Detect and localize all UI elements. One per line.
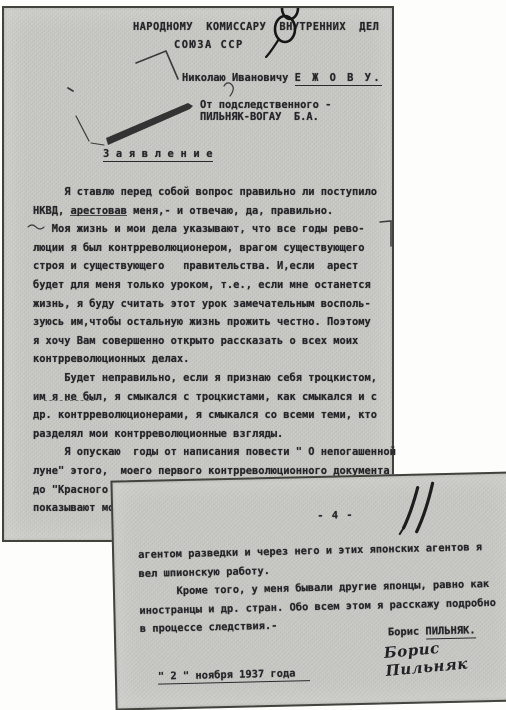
from-line-1: От подследственного - [200, 99, 331, 111]
typed-line: строя и существующего правительства. И,е… [33, 257, 396, 276]
typed-line: им я не был, я смыкался с троцкистами, к… [33, 388, 396, 407]
addressee-prefix: Николаю Ивановичу [182, 72, 295, 84]
addressee-line: Николаю Ивановичу Е Ж О В У. [182, 72, 382, 84]
typed-line: Я опускаю годы от написания повести " О … [33, 443, 396, 462]
pencil-dot [68, 88, 73, 91]
typed-line: Я ставлю перед собой вопрос правильно ли… [33, 183, 396, 202]
typed-line: я хочу Вам совершенно открыто рассказать… [33, 332, 396, 351]
typed-line: др. контрреволюционерами, я смыкался со … [33, 406, 396, 425]
scanned-document: НАРОДНОМУ КОМИССАРУ ВНУТРЕННИХ ДЕЛ СОЮЗА… [0, 0, 506, 710]
pencil-angle-mark [136, 51, 178, 79]
signature-prefix: Борис [388, 626, 426, 639]
underline-arestovav [70, 215, 127, 216]
header-line-2: СОЮЗА ССР [174, 39, 244, 51]
from-line-2: ПИЛЬНЯК-ВОГАУ Б.А. [200, 111, 319, 123]
header-line-1: НАРОДНОМУ КОМИССАРУ ВНУТРЕННИХ ДЕЛ [133, 21, 379, 33]
typed-line: Моя жизнь и мои дела указывают, что все … [33, 220, 396, 239]
page2-body: агентом разведки и через него и этих япо… [138, 538, 497, 639]
typed-line: разделял мои контрреволюционные взгляды. [33, 425, 396, 444]
typed-line: жизнь, я буду считать этот урок замечате… [33, 295, 396, 314]
document-title: З а я в л е н и е [103, 148, 213, 162]
addressee-name: Е Ж О В У. [295, 72, 383, 86]
typed-line: зуюсь им,чтобы остальную жизнь прожить ч… [33, 313, 396, 332]
page-number: - 4 - [317, 509, 354, 522]
typed-line: контрреволюционных делах. [33, 350, 396, 369]
page-2: - 4 - агентом разведки и через него и эт… [110, 471, 506, 710]
typed-line: НКВД, арестовав меня,- и отвечаю, да, пр… [33, 202, 396, 221]
typed-line: будет для меня только уроком, т.е., если… [33, 276, 396, 295]
page-1: НАРОДНОМУ КОМИССАРУ ВНУТРЕННИХ ДЕЛ СОЮЗА… [2, 6, 394, 542]
typed-line: люции я был контрреволюционером, врагом … [33, 239, 396, 258]
pencil-tail [76, 116, 89, 141]
pencil-underline-ne-byl [44, 400, 94, 401]
page1-body: Я ставлю перед собой вопрос правильно ли… [33, 183, 396, 518]
handwritten-signature: Борис Пильняк [383, 632, 506, 680]
pencil-arrow-shaft [106, 103, 193, 145]
typed-line: Будет неправильно, если я признаю себя т… [33, 369, 396, 388]
pencil-squiggle [224, 83, 233, 96]
date-line: " 2 " ноября 1937 года [158, 667, 310, 684]
pencil-dash [91, 143, 104, 145]
